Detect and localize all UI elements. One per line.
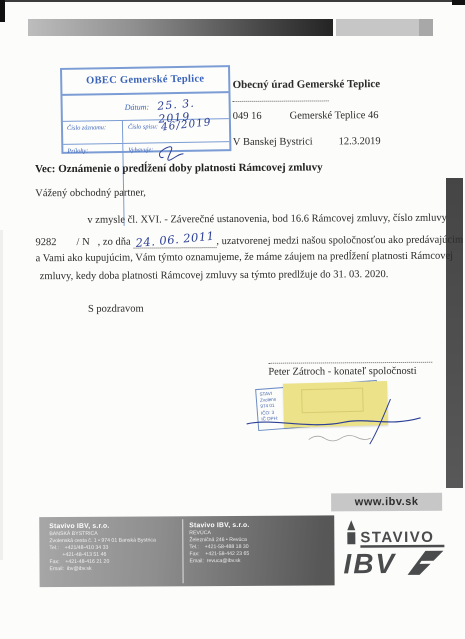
footer-divider	[182, 519, 183, 583]
registry-stamp-box: OBEC Gemerské Teplice Dátum: 25. 3. 2019…	[60, 65, 231, 154]
footer-email: Email: revuca@ibv.sk	[189, 558, 249, 565]
handwritten-signature	[238, 397, 448, 453]
body-line-2: 9282/ N, zo dňa 24. 06. 2011, uzatvorene…	[35, 232, 463, 250]
contract-number: 9282	[35, 237, 56, 248]
footer-email: Email: ibv@ibv.sk	[50, 565, 157, 573]
stamp-date-label: Dátum:	[125, 102, 150, 111]
body-line-4: zmluvy, kedy doba platnosti Rámcovej zml…	[40, 269, 389, 282]
stamp-file-number-cell: Číslo spisu: 46/2019	[123, 119, 229, 143]
stamp-number-row: Číslo záznamu: Číslo spisu: 46/2019	[63, 119, 229, 145]
stamp-municipality-title: OBEC Gemerské Teplice	[62, 67, 228, 96]
contract-suffix: / N	[76, 237, 89, 248]
footer-branch-revuca: Stavivo IBV, s.r.o. REVÚCA Železničná 24…	[189, 522, 249, 565]
recipient-name: Obecný úrad Gemerské Teplice	[233, 78, 381, 91]
stamp-record-number-label: Číslo záznamu:	[63, 121, 123, 144]
logo-wordmark: STAVIVO	[360, 529, 434, 546]
stamp-handled-by-label: Vybavuje:	[128, 146, 153, 153]
footer-contact-bar: Stavivo IBV, s.r.o. BANSKÁ BYSTRICA Zvol…	[39, 515, 334, 587]
signatory-name: Peter Zátroch - konateľ spoločnosti	[268, 366, 416, 378]
footer-fax: Fax: +421-58-442 23 65	[189, 551, 249, 558]
body-line-2-pre: , zo dňa	[98, 237, 131, 248]
recipient-postal-code: 049 16	[233, 111, 262, 122]
signature-dotted-line	[268, 361, 432, 364]
letter-subject: Vec: Oznámenie o predĺžení doby platnost…	[35, 161, 323, 175]
logo-initials: IBV	[343, 548, 396, 579]
letter-closing: S pozdravom	[88, 304, 144, 315]
body-line-2-post: , uzatvorenej medzi našou spoločnosťou a…	[216, 235, 463, 248]
scanned-letter-page: OBEC Gemerské Teplice Dátum: 25. 3. 2019…	[0, 0, 465, 639]
recipient-street: Gemerské Teplice 46	[290, 110, 379, 122]
letter-date: 12.3.2019	[339, 136, 381, 147]
letter-salutation: Vážený obchodný partner,	[35, 188, 146, 200]
handwritten-date-slot: 24. 06. 2011	[133, 233, 216, 249]
footer-phone: Tel.: +421-58-488 18 30	[189, 544, 249, 551]
stamp-file-number-label: Číslo spisu:	[128, 123, 158, 130]
footer-company-name: Stavivo IBV, s.r.o.	[189, 522, 249, 530]
logo-pencil-icon	[347, 520, 355, 530]
website-bar: www.ibv.sk	[331, 493, 442, 512]
letter-place: V Banskej Bystrici	[233, 137, 313, 148]
stavivo-ibv-logo: STAVIVO IBV	[339, 517, 451, 580]
recipient-dotted-line	[233, 99, 329, 102]
handwritten-initials	[153, 141, 187, 164]
body-line-3: a Vami ako kupujúcim, Vám týmto oznamuje…	[36, 251, 454, 265]
body-line-1: v zmysle čl. XVI. - Záverečné ustanoveni…	[87, 213, 446, 226]
recipient-address-line: 049 16Gemerské Teplice 46	[233, 110, 379, 122]
handwritten-contract-date: 24. 06. 2011	[135, 229, 215, 250]
letter-place-date-line: V Banskej Bystrici12.3.2019	[233, 136, 381, 148]
footer-branch-banska-bystrica: Stavivo IBV, s.r.o. BANSKÁ BYSTRICA Zvol…	[49, 522, 156, 572]
